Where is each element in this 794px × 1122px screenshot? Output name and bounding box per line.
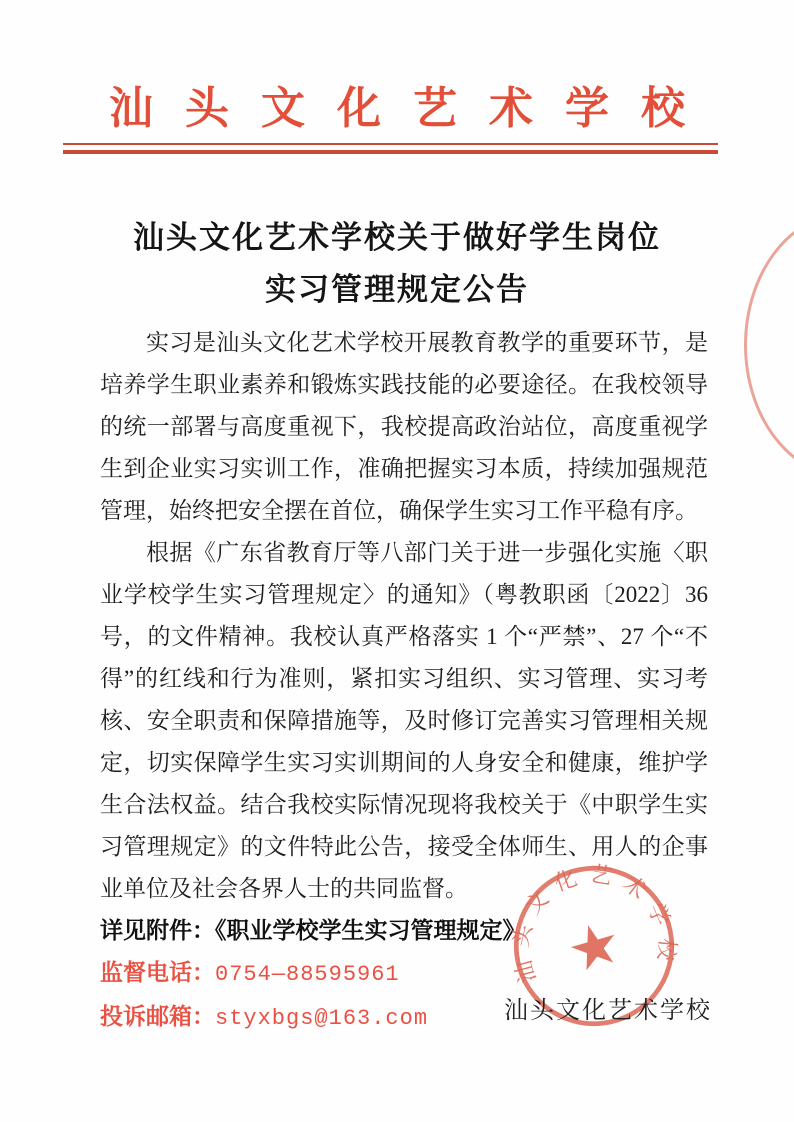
phone-label: 监督电话： <box>100 960 215 985</box>
header-rule-thick <box>63 150 718 154</box>
document-title-line2: 实习管理规定公告 <box>0 264 794 316</box>
signature-text: 汕头文化艺术学校 <box>504 990 712 1025</box>
header-rule-thin <box>63 143 718 145</box>
body-paragraph-2: 根据《广东省教育厅等八部门关于进一步强化实施〈职业学校学生实习管理规定〉的通知》… <box>100 532 708 910</box>
letterhead-title: 汕头文化艺术学校 <box>0 72 794 136</box>
seal-star-icon: ★ <box>560 909 629 986</box>
document-title-line1: 汕头文化艺术学校关于做好学生岗位 <box>0 212 794 264</box>
phone-value: 0754—88595961 <box>215 962 400 987</box>
body-paragraph-1: 实习是汕头文化艺术学校开展教育教学的重要环节，是培养学生职业素养和锻炼实践技能的… <box>100 322 708 532</box>
email-label: 投诉邮箱： <box>100 1004 215 1029</box>
document-title: 汕头文化艺术学校关于做好学生岗位 实习管理规定公告 <box>0 212 794 316</box>
document-page: 汕头文化艺术学校 汕头文化艺术学校关于做好学生岗位 实习管理规定公告 实习是汕头… <box>0 0 794 1122</box>
email-value: styxbgs@163.com <box>215 1006 428 1031</box>
